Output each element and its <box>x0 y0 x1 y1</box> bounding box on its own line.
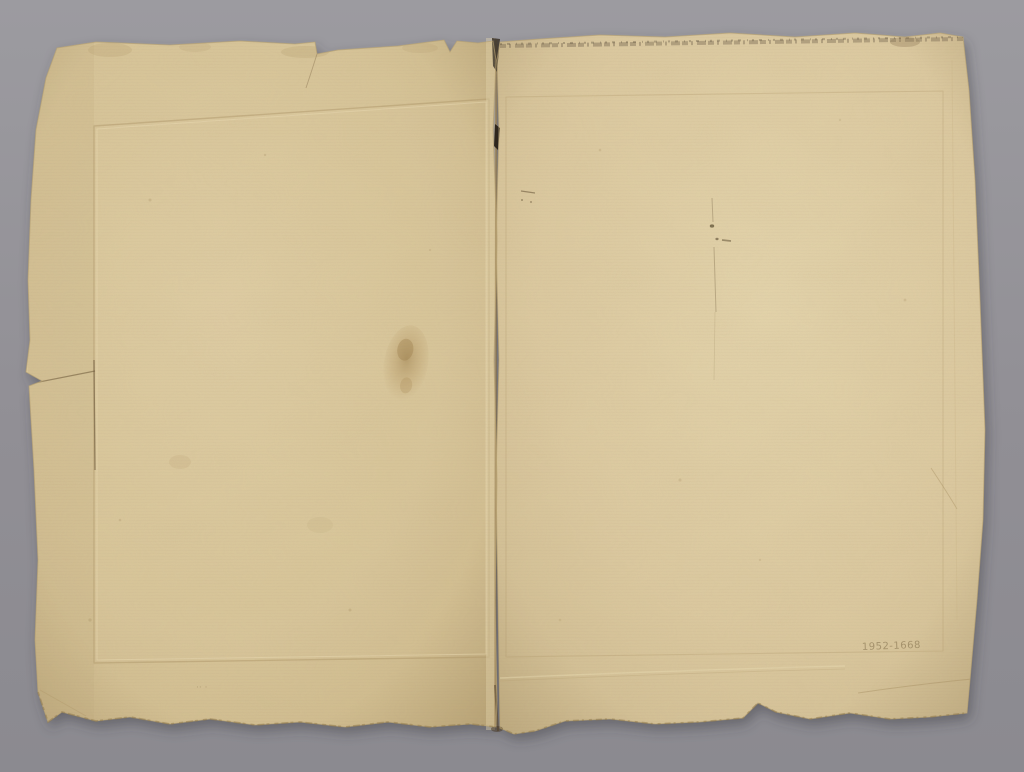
photograph-stage: ·· · 1 <box>0 0 1024 772</box>
paper-verso-photograph: ·· · 1 <box>0 0 1024 772</box>
laid-lines-texture <box>20 25 995 745</box>
paper-texture <box>20 25 995 745</box>
